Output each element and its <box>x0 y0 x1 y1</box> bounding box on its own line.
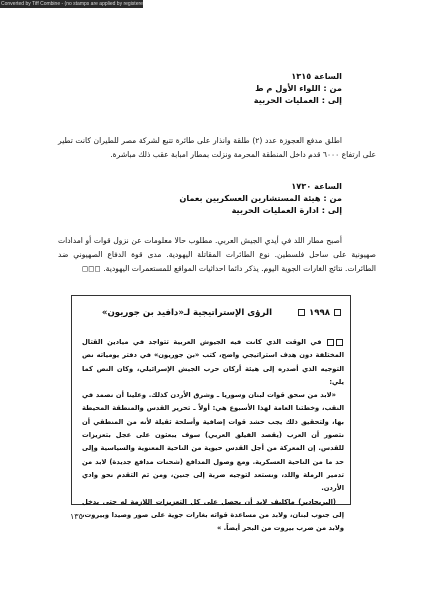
message-to: إلى : ادارة العمليات الحربية <box>58 204 376 216</box>
box-year-label: ١٩٩٨ <box>294 308 342 318</box>
message-from: من : هيئة المستشارين العسكريين بعمان <box>58 192 376 204</box>
square-bullet-icon <box>336 339 343 346</box>
message-header-2: الساعة ١٧٣٠ من : هيئة المستشارين العسكري… <box>58 180 376 216</box>
box-year: ١٩٩٨ <box>309 308 330 318</box>
message-header-1: الساعة ١٣١٥ من : اللواء الأول م ط إلى : … <box>58 70 376 106</box>
square-bullet-icon <box>298 309 305 316</box>
message-time: الساعة ١٧٣٠ <box>58 180 376 192</box>
box-paragraph: في الوقت الذي كانت فيه الجيوش العربية تت… <box>82 336 344 389</box>
message-body-1: اطلق مدفع العجوزة عدد (٢) طلقة وانذار عل… <box>58 134 376 162</box>
box-paragraph: (البريجادير) ماكليف لابد أن يحصل على كل … <box>82 496 344 536</box>
box-paragraph: «لابد من سحق قوات لبنان وسوريا ـ وشرق ال… <box>82 389 344 495</box>
converter-banner: Converted by Tiff Combine - (no stamps a… <box>0 0 143 8</box>
message-time: الساعة ١٣١٥ <box>58 70 376 82</box>
message-from: من : اللواء الأول م ط <box>58 82 376 94</box>
message-to: إلى : العمليات الحربية <box>58 94 376 106</box>
square-bullet-icon <box>334 309 341 316</box>
message-body-2: أصبح مطار اللد في أيدي الجيش العربي. مطل… <box>58 234 376 277</box>
page-number: ١٣٥ <box>70 512 83 521</box>
box-title: ١٩٩٨ الرؤى الإستراتيجية لـ«دافيد بن جوري… <box>82 306 344 320</box>
box-heading: الرؤى الإستراتيجية لـ«دافيد بن جوريون» <box>102 308 272 318</box>
sidebar-box: ١٩٩٨ الرؤى الإستراتيجية لـ«دافيد بن جوري… <box>71 295 351 505</box>
square-bullet-icon <box>327 339 334 346</box>
